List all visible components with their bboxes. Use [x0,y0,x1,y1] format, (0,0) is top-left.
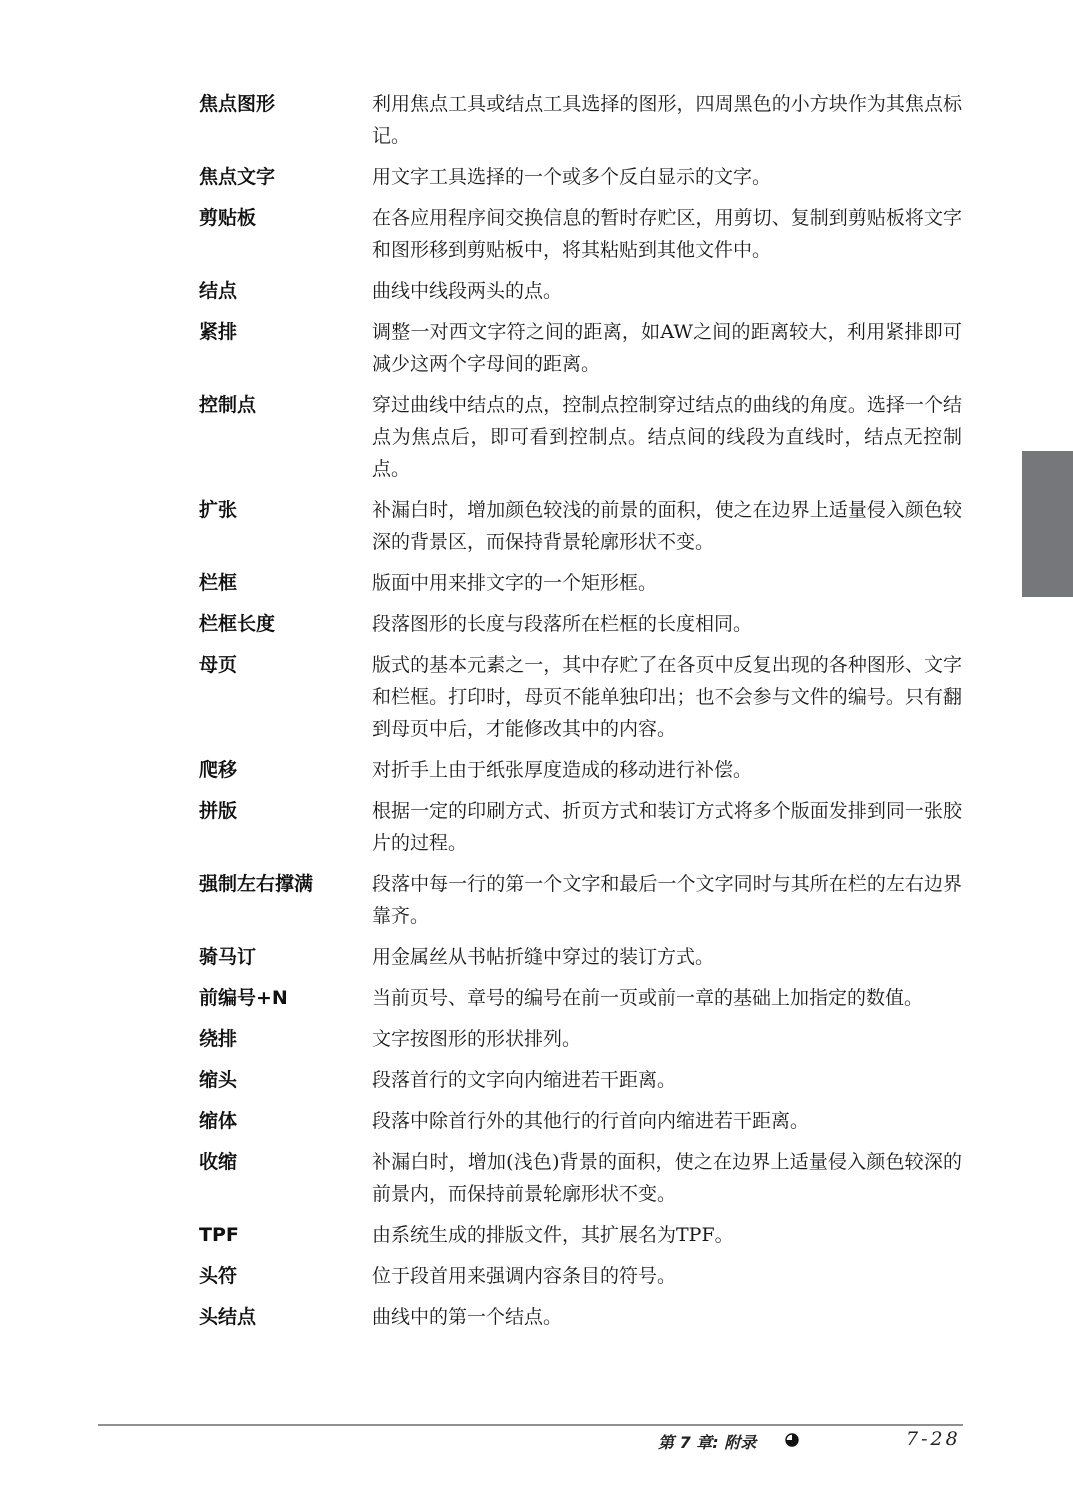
glossary-entry: 强制左右撑满段落中每一行的第一个文字和最后一个文字同时与其所在栏的左右边界靠齐。 [199,868,979,932]
glossary-entry: 焦点文字用文字工具选择的一个或多个反白显示的文字。 [199,161,979,193]
footer-chapter-label: 第 7 章: 附录 [658,1430,756,1453]
glossary-entry: 头结点曲线中的第一个结点。 [199,1301,979,1333]
glossary-entry: 紧排调整一对西文字符之间的距离，如AW之间的距离较大，利用紧排即可减少这两个字母… [199,316,979,380]
glossary-term: 骑马订 [199,941,256,973]
glossary-definition: 段落中除首行外的其他行的行首向内缩进若干距离。 [372,1105,962,1137]
glossary-definition: 文字按图形的形状排列。 [372,1023,962,1055]
glossary-entry: 栏框版面中用来排文字的一个矩形框。 [199,567,979,599]
glossary-term: 缩体 [199,1105,237,1137]
glossary-term: 头符 [199,1260,237,1292]
glossary-definition: 根据一定的印刷方式、折页方式和装订方式将多个版面发排到同一张胶片的过程。 [372,795,962,859]
glossary-definition: 由系统生成的排版文件，其扩展名为TPF。 [372,1219,962,1251]
page-number: 7-28 [906,1428,961,1450]
glossary-definition: 版面中用来排文字的一个矩形框。 [372,567,962,599]
glossary-definition: 用金属丝从书帖折缝中穿过的装订方式。 [372,941,962,973]
glossary-entry: 控制点穿过曲线中结点的点，控制点控制穿过结点的曲线的角度。选择一个结点为焦点后，… [199,389,979,485]
glossary-entry: 结点曲线中线段两头的点。 [199,275,979,307]
glossary-definition: 段落中每一行的第一个文字和最后一个文字同时与其所在栏的左右边界靠齐。 [372,868,962,932]
footer-divider [98,1424,963,1426]
glossary-entry: 母页版式的基本元素之一，其中存贮了在各页中反复出现的各种图形、文字和栏框。打印时… [199,649,979,745]
glossary-definition: 版式的基本元素之一，其中存贮了在各页中反复出现的各种图形、文字和栏框。打印时，母… [372,649,962,745]
glossary-definition: 位于段首用来强调内容条目的符号。 [372,1260,962,1292]
half-filled-circle-icon [785,1433,799,1447]
glossary-entry: 头符位于段首用来强调内容条目的符号。 [199,1260,979,1292]
glossary-term: 焦点文字 [199,161,275,193]
glossary-definition: 在各应用程序间交换信息的暂时存贮区，用剪切、复制到剪贴板将文字和图形移到剪贴板中… [372,202,962,266]
glossary-definition: 段落首行的文字向内缩进若干距离。 [372,1064,962,1096]
glossary-term: 收缩 [199,1146,237,1178]
glossary-definition: 穿过曲线中结点的点，控制点控制穿过结点的曲线的角度。选择一个结点为焦点后，即可看… [372,389,962,485]
glossary-entry: 焦点图形利用焦点工具或结点工具选择的图形，四周黑色的小方块作为其焦点标记。 [199,88,979,152]
glossary-entry: 爬移对折手上由于纸张厚度造成的移动进行补偿。 [199,754,979,786]
glossary-definition: 调整一对西文字符之间的距离，如AW之间的距离较大，利用紧排即可减少这两个字母间的… [372,316,962,380]
glossary-entry: 绕排文字按图形的形状排列。 [199,1023,979,1055]
glossary-definition: 补漏白时，增加(浅色)背景的面积，使之在边界上适量侵入颜色较深的前景内，而保持前… [372,1146,962,1210]
glossary-entry: 骑马订用金属丝从书帖折缝中穿过的装订方式。 [199,941,979,973]
glossary-term: 前编号+N [199,982,288,1014]
glossary-definition: 用文字工具选择的一个或多个反白显示的文字。 [372,161,962,193]
glossary-term: 剪贴板 [199,202,256,234]
glossary-term: 拼版 [199,795,237,827]
glossary-entry: 栏框长度段落图形的长度与段落所在栏框的长度相同。 [199,608,979,640]
glossary-definition: 曲线中线段两头的点。 [372,275,962,307]
glossary-term: 强制左右撑满 [199,868,313,900]
glossary-entry: 前编号+N当前页号、章号的编号在前一页或前一章的基础上加指定的数值。 [199,982,979,1014]
glossary-definition: 对折手上由于纸张厚度造成的移动进行补偿。 [372,754,962,786]
glossary-term: 结点 [199,275,237,307]
chapter-thumb-tab [1022,451,1073,597]
glossary-entry: 扩张补漏白时，增加颜色较浅的前景的面积，使之在边界上适量侵入颜色较深的背景区，而… [199,494,979,558]
glossary-term: 焦点图形 [199,88,275,120]
glossary-term: 头结点 [199,1301,256,1333]
glossary-definition: 补漏白时，增加颜色较浅的前景的面积，使之在边界上适量侵入颜色较深的背景区，而保持… [372,494,962,558]
glossary-entry: 拼版根据一定的印刷方式、折页方式和装订方式将多个版面发排到同一张胶片的过程。 [199,795,979,859]
glossary-term: 缩头 [199,1064,237,1096]
glossary-term: TPF [199,1219,239,1251]
glossary-list: 焦点图形利用焦点工具或结点工具选择的图形，四周黑色的小方块作为其焦点标记。 焦点… [199,88,979,1342]
glossary-definition: 曲线中的第一个结点。 [372,1301,962,1333]
glossary-term: 绕排 [199,1023,237,1055]
glossary-entry: 缩头段落首行的文字向内缩进若干距离。 [199,1064,979,1096]
glossary-term: 控制点 [199,389,256,421]
glossary-term: 扩张 [199,494,237,526]
glossary-term: 母页 [199,649,237,681]
glossary-definition: 利用焦点工具或结点工具选择的图形，四周黑色的小方块作为其焦点标记。 [372,88,962,152]
glossary-definition: 当前页号、章号的编号在前一页或前一章的基础上加指定的数值。 [372,982,962,1014]
glossary-term: 栏框长度 [199,608,275,640]
glossary-entry: 收缩补漏白时，增加(浅色)背景的面积，使之在边界上适量侵入颜色较深的前景内，而保… [199,1146,979,1210]
glossary-entry: 剪贴板在各应用程序间交换信息的暂时存贮区，用剪切、复制到剪贴板将文字和图形移到剪… [199,202,979,266]
glossary-term: 栏框 [199,567,237,599]
glossary-entry: 缩体段落中除首行外的其他行的行首向内缩进若干距离。 [199,1105,979,1137]
glossary-term: 爬移 [199,754,237,786]
glossary-definition: 段落图形的长度与段落所在栏框的长度相同。 [372,608,962,640]
glossary-term: 紧排 [199,316,237,348]
glossary-entry: TPF由系统生成的排版文件，其扩展名为TPF。 [199,1219,979,1251]
